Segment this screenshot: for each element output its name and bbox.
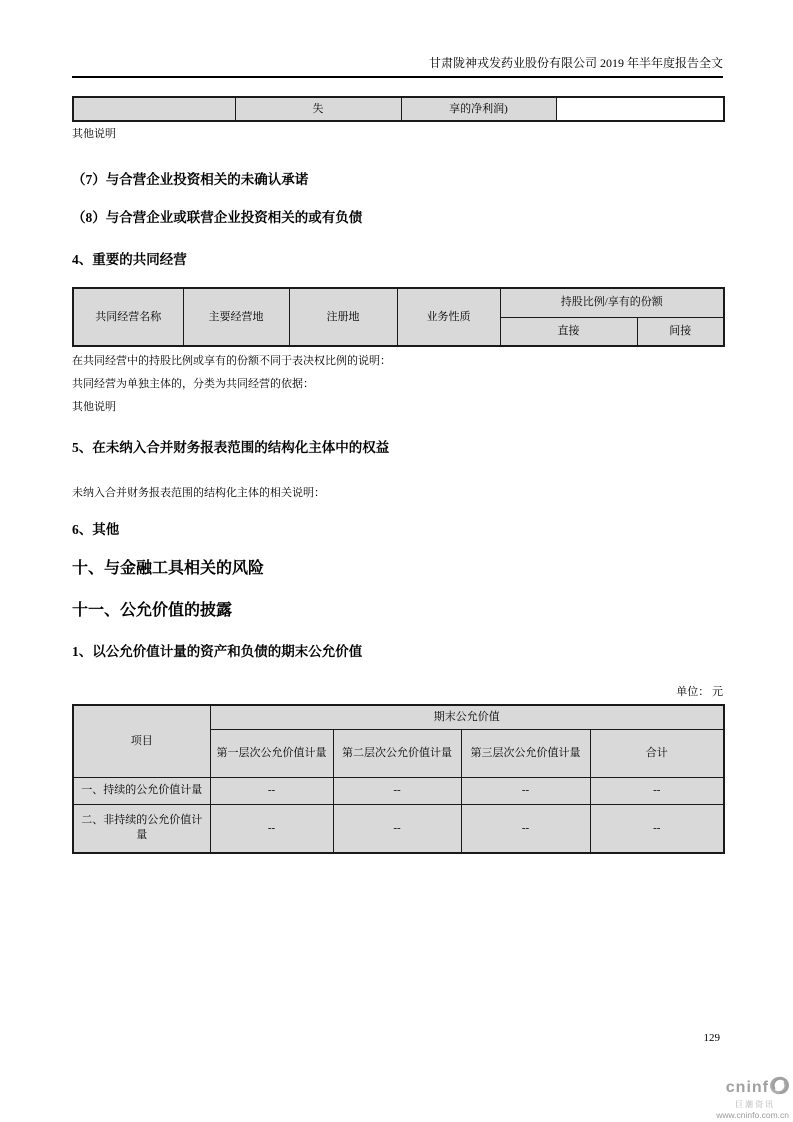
col-header-joint-name: 共同经营名称 bbox=[73, 288, 183, 346]
col-header-indirect: 间接 bbox=[637, 317, 724, 346]
col-header-item: 项目 bbox=[73, 705, 210, 777]
page-content: 甘肃陇神戎发药业股份有限公司 2019 年半年度报告全文 失 享的净利润) 其他… bbox=[72, 0, 723, 854]
table-row: 失 享的净利润) bbox=[73, 97, 724, 121]
heading-fair-value-disclosure: 十一、公允价值的披露 bbox=[72, 600, 723, 621]
table-cell: 享的净利润) bbox=[401, 97, 556, 121]
cell-value: -- bbox=[210, 804, 333, 853]
col-header-total: 合计 bbox=[590, 729, 724, 777]
fair-value-table: 项目 期末公允价值 第一层次公允价值计量 第二层次公允价值计量 第三层次公允价值… bbox=[72, 704, 725, 854]
continued-table: 失 享的净利润) bbox=[72, 96, 725, 122]
heading-financial-instrument-risk: 十、与金融工具相关的风险 bbox=[72, 558, 723, 579]
heading-contingent-liabilities: （8）与合营企业或联营企业投资相关的或有负债 bbox=[72, 209, 723, 227]
joint-note-voting-ratio: 在共同经营中的持股比例或享有的份额不同于表决权比例的说明： bbox=[72, 354, 723, 369]
cell-value: -- bbox=[333, 804, 461, 853]
heading-unconfirmed-commitments: （7）与合营企业投资相关的未确认承诺 bbox=[72, 171, 723, 189]
page-header: 甘肃陇神戎发药业股份有限公司 2019 年半年度报告全文 bbox=[72, 56, 723, 78]
cell-value: -- bbox=[461, 777, 590, 804]
heading-important-joint-operations: 4、重要的共同经营 bbox=[72, 251, 723, 269]
col-group-header-fair-value: 期末公允价值 bbox=[210, 705, 724, 729]
report-title: 甘肃陇神戎发药业股份有限公司 2019 年半年度报告全文 bbox=[429, 56, 723, 70]
cell-value: -- bbox=[333, 777, 461, 804]
col-header-main-place: 主要经营地 bbox=[183, 288, 289, 346]
cninfo-brand-row: cninf bbox=[669, 1076, 789, 1100]
cell-value: -- bbox=[590, 804, 724, 853]
structured-entity-note: 未纳入合并财务报表范围的结构化主体的相关说明： bbox=[72, 486, 723, 501]
report-page: 甘肃陇神戎发药业股份有限公司 2019 年半年度报告全文 失 享的净利润) 其他… bbox=[0, 0, 793, 1122]
other-note: 其他说明 bbox=[72, 127, 723, 142]
heading-other: 6、其他 bbox=[72, 521, 723, 539]
col-header-level1: 第一层次公允价值计量 bbox=[210, 729, 333, 777]
table-cell-empty bbox=[73, 97, 235, 121]
page-number: 129 bbox=[704, 1032, 721, 1044]
heading-structured-entities: 5、在未纳入合并财务报表范围的结构化主体中的权益 bbox=[72, 439, 723, 457]
col-header-level3: 第三层次公允价值计量 bbox=[461, 729, 590, 777]
col-header-level2: 第二层次公允价值计量 bbox=[333, 729, 461, 777]
row-label: 一、持续的公允价值计量 bbox=[73, 777, 210, 804]
col-header-registered-place: 注册地 bbox=[289, 288, 397, 346]
cninfo-chinese-name: 巨潮资讯 bbox=[669, 1101, 775, 1110]
cninfo-logo: cninf 巨潮资讯 www.cninfo.com.cn bbox=[669, 1076, 789, 1121]
table-header-row: 共同经营名称 主要经营地 注册地 业务性质 持股比例/享有的份额 bbox=[73, 288, 724, 317]
cell-value: -- bbox=[461, 804, 590, 853]
col-header-business-nature: 业务性质 bbox=[397, 288, 500, 346]
col-group-header-shareholding: 持股比例/享有的份额 bbox=[500, 288, 724, 317]
joint-note-other: 其他说明 bbox=[72, 400, 723, 415]
col-header-direct: 直接 bbox=[500, 317, 637, 346]
cell-value: -- bbox=[210, 777, 333, 804]
cell-value: -- bbox=[590, 777, 724, 804]
table-cell-empty bbox=[556, 97, 724, 121]
cninfo-url: www.cninfo.com.cn bbox=[669, 1111, 789, 1120]
table-header-row: 项目 期末公允价值 bbox=[73, 705, 724, 729]
table-cell: 失 bbox=[235, 97, 401, 121]
joint-note-separate-entity: 共同经营为单独主体的，分类为共同经营的依据： bbox=[72, 377, 723, 392]
cninfo-brand-text: cninf bbox=[726, 1079, 769, 1097]
table-row-non-continuous: 二、非持续的公允价值计量 -- -- -- -- bbox=[73, 804, 724, 853]
cninfo-swirl-icon bbox=[770, 1076, 789, 1100]
heading-fair-value-end-period: 1、以公允价值计量的资产和负债的期末公允价值 bbox=[72, 643, 723, 661]
table-row-continuous: 一、持续的公允价值计量 -- -- -- -- bbox=[73, 777, 724, 804]
row-label: 二、非持续的公允价值计量 bbox=[73, 804, 210, 853]
joint-operations-table: 共同经营名称 主要经营地 注册地 业务性质 持股比例/享有的份额 直接 间接 bbox=[72, 287, 725, 347]
unit-label: 单位： 元 bbox=[72, 685, 723, 700]
